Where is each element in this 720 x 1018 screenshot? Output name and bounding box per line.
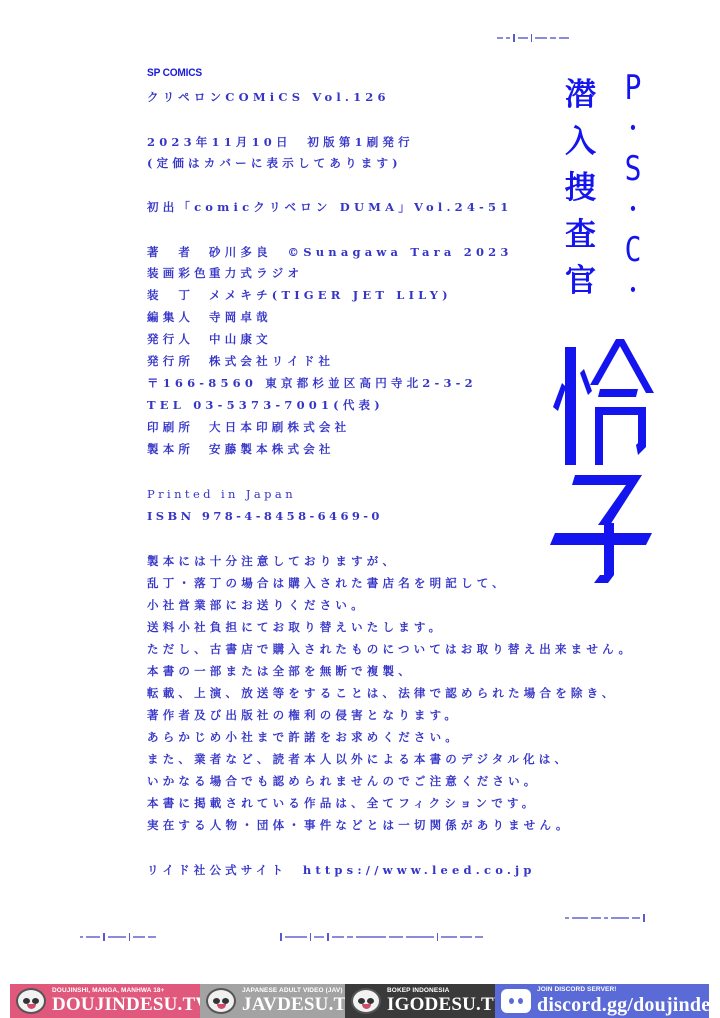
panda-mascot-icon bbox=[16, 988, 46, 1014]
credit-value: 重力式ラジオ bbox=[209, 265, 303, 281]
title-char: 査 bbox=[565, 212, 596, 259]
imprint-label: SP COMICS bbox=[147, 67, 202, 79]
credit-editor: 編集人寺岡卓哉 bbox=[147, 309, 272, 325]
price-note: (定価はカバーに表示してあります) bbox=[147, 155, 402, 171]
title-char: 入 bbox=[565, 119, 596, 166]
psc-dot: ・ bbox=[622, 271, 645, 311]
credit-publisher: 発行人中山康文 bbox=[147, 331, 272, 347]
printer: 印刷所大日本印刷株式会社 bbox=[147, 419, 350, 435]
credit-value: 砂川多良 ©Sunagawa Tara 2023 bbox=[209, 244, 513, 260]
credit-label: 編集人 bbox=[147, 309, 209, 325]
notice-line: あらかじめ小社まで許諾をお求めください。 bbox=[147, 729, 461, 745]
panda-mascot-icon bbox=[351, 988, 381, 1014]
credit-label: 発行所 bbox=[147, 353, 209, 369]
notice-line: 実在する人物・団体・事件などとは一切関係がありません。 bbox=[147, 817, 572, 833]
print-marks-bottom-right bbox=[565, 915, 645, 921]
banner-javdesu[interactable]: JAPANESE ADULT VIDEO (JAV) JAVDESU.TV bbox=[200, 984, 345, 1018]
banner-site: JAVDESU.TV bbox=[242, 995, 345, 1014]
banner-discord[interactable]: JOIN DISCORD SERVER! discord.gg/doujinde… bbox=[495, 984, 709, 1018]
telephone: TEL 03-5373-7001(代表) bbox=[147, 397, 384, 413]
credit-label: 装画彩色 bbox=[147, 265, 209, 281]
credit-value: 中山康文 bbox=[209, 331, 272, 347]
title-char: 捜 bbox=[565, 165, 596, 212]
credit-value: 大日本印刷株式会社 bbox=[209, 419, 350, 435]
discord-icon bbox=[501, 989, 531, 1013]
notice-line: 乱丁・落丁の場合は購入された書店名を明記して、 bbox=[147, 575, 508, 591]
title-psc: P ・ S ・ C ・ bbox=[622, 68, 645, 311]
credit-label: 発行人 bbox=[147, 331, 209, 347]
credit-value: 寺岡卓哉 bbox=[209, 309, 272, 325]
notice-line: 本書の一部または全部を無断で複製、 bbox=[147, 663, 414, 679]
credit-publishing-house: 発行所株式会社リイド社 bbox=[147, 353, 334, 369]
notice-line: ただし、古書店で購入されたものについてはお取り替え出来ません。 bbox=[147, 641, 634, 657]
psc-letter: C bbox=[625, 230, 642, 271]
credit-value: 安藤製本株式会社 bbox=[209, 441, 335, 457]
notice-line: 本書に掲載されている作品は、全てフィクションです。 bbox=[147, 795, 537, 811]
notice-line: 著作者及び出版社の権利の侵害となります。 bbox=[147, 707, 460, 723]
credit-value: メメキチ(TIGER JET LILY) bbox=[209, 287, 452, 303]
print-marks-bottom-center bbox=[280, 934, 483, 940]
title-char: 官 bbox=[565, 258, 596, 305]
panda-mascot-icon bbox=[206, 988, 236, 1014]
title-char: 潜 bbox=[565, 72, 596, 119]
notice-line: 製本には十分注意しておりますが、 bbox=[147, 553, 398, 569]
banner-site: discord.gg/doujindesu bbox=[537, 995, 709, 1015]
isbn: ISBN 978-4-8458-6469-0 bbox=[147, 509, 383, 523]
first-appearance: 初出「comicクリベロン DUMA」Vol.24-51 bbox=[147, 199, 512, 215]
banner-doujindesu[interactable]: DOUJINSHI, MANGA, MANHWA 18+ DOUJINDESU.… bbox=[10, 984, 200, 1018]
psc-letter: P bbox=[625, 68, 642, 109]
credit-label: 著 者 bbox=[147, 244, 209, 260]
notice-line: 小社営業部にお送りください。 bbox=[147, 597, 367, 613]
credit-label: 製本所 bbox=[147, 441, 209, 457]
publication-date: 2023年11月10日 初版第1刷発行 bbox=[147, 134, 414, 150]
title-name-logotype bbox=[550, 335, 660, 590]
notice-line: 送料小社負担にてお取り替えいたします。 bbox=[147, 619, 444, 635]
credit-value: 株式会社リイド社 bbox=[209, 353, 334, 369]
notice-line: また、業者など、読者本人以外による本書のデジタル化は、 bbox=[147, 751, 570, 767]
banner-site: DOUJINDESU.TV bbox=[52, 995, 200, 1014]
print-marks-bottom-left bbox=[80, 934, 156, 940]
address: 〒166-8560 東京都杉並区高円寺北2-3-2 bbox=[147, 375, 477, 391]
notice-line: 転載、上演、放送等をすることは、法律で認められた場合を除き、 bbox=[147, 685, 618, 701]
series-line: クリペロンCOMiCS Vol.126 bbox=[147, 89, 390, 105]
banner-igodesu[interactable]: BOKEP INDONESIA IGODESU.TV bbox=[345, 984, 495, 1018]
psc-letter: S bbox=[625, 149, 642, 190]
credit-label: 印刷所 bbox=[147, 419, 209, 435]
notice-line: いかなる場合でも認められませんのでご注意ください。 bbox=[147, 773, 540, 789]
credit-author: 著 者砂川多良 ©Sunagawa Tara 2023 bbox=[147, 244, 513, 260]
ad-banner-strip: DOUJINSHI, MANGA, MANHWA 18+ DOUJINDESU.… bbox=[10, 984, 709, 1018]
printed-in: Printed in Japan bbox=[147, 487, 296, 501]
banner-tagline: JOIN DISCORD SERVER! bbox=[537, 987, 709, 994]
print-marks-top bbox=[497, 35, 569, 41]
credit-coloring: 装画彩色重力式ラジオ bbox=[147, 265, 303, 281]
psc-dot: ・ bbox=[622, 109, 645, 149]
binder: 製本所安藤製本株式会社 bbox=[147, 441, 335, 457]
psc-dot: ・ bbox=[622, 190, 645, 230]
website-line: リイド社公式サイト https://www.leed.co.jp bbox=[147, 862, 536, 878]
title-vertical: 潜 入 捜 査 官 bbox=[565, 72, 596, 305]
credit-label: 装 丁 bbox=[147, 287, 209, 303]
banner-site: IGODESU.TV bbox=[387, 995, 495, 1014]
credit-design: 装 丁メメキチ(TIGER JET LILY) bbox=[147, 287, 452, 303]
